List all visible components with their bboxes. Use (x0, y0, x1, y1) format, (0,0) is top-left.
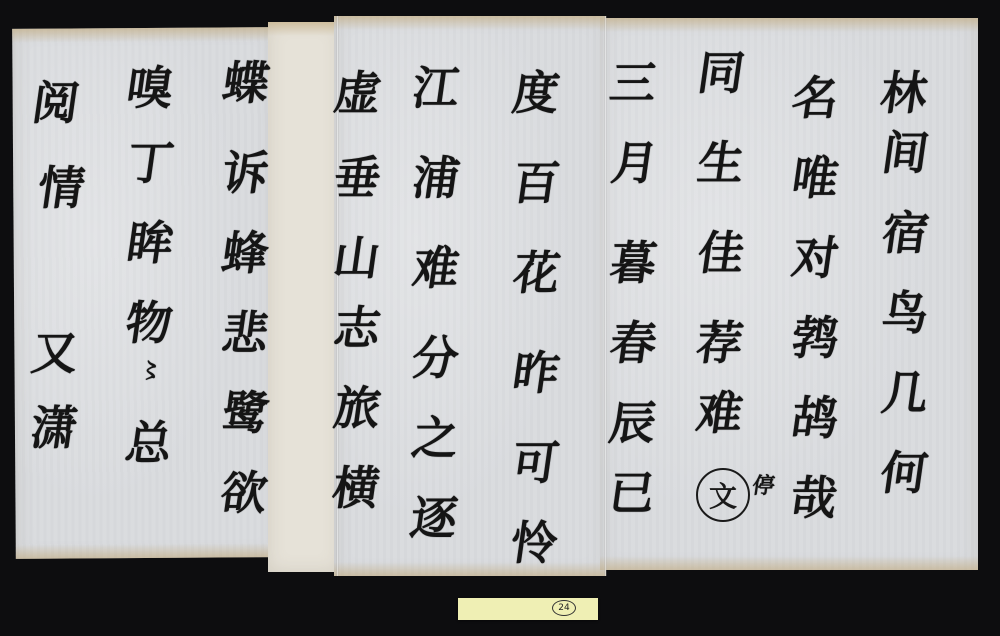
character: 横 (328, 465, 382, 525)
character: 对 (784, 235, 841, 315)
character: 鹭 (214, 390, 271, 470)
character: 难 (404, 245, 463, 335)
character: 辰 (603, 400, 659, 470)
character: 又 (25, 330, 82, 405)
character: 旅 (326, 385, 383, 465)
character: 总 (121, 420, 175, 480)
character: 间 (874, 130, 931, 210)
character: 生 (689, 140, 748, 230)
character: 度 (504, 70, 563, 160)
character: 名 (784, 75, 841, 155)
seal-stamp: 文 (696, 468, 750, 522)
character: 可 (504, 440, 561, 520)
character: 悲 (214, 310, 271, 390)
character: 百 (504, 160, 563, 250)
character: 已 (604, 470, 658, 530)
character: 阅 (24, 80, 82, 165)
character: 山 (327, 235, 383, 305)
character: 昨 (504, 350, 563, 440)
character: 难 (690, 390, 746, 460)
character: 几 (874, 370, 931, 450)
calligraphy-column-10: 阅 情 又 潇 (30, 80, 76, 465)
character: 哉 (786, 475, 840, 535)
character: 垂 (326, 155, 383, 235)
calligraphy-column-9: 嗅 丁 眸 物 〻 总 (125, 65, 171, 480)
character: 月 (601, 140, 661, 240)
character: 浦 (404, 155, 463, 245)
character: 志 (326, 305, 383, 385)
character: 嗅 (120, 65, 177, 140)
label-number: 24 (552, 600, 576, 616)
calligraphy-column-7: 虚 垂 山 志 旅 横 (332, 70, 378, 525)
character: 唯 (784, 155, 841, 235)
character: 荐 (690, 320, 746, 390)
catalogue-label: 24 (458, 598, 598, 620)
character: 丁 (119, 140, 176, 220)
calligraphy-column-6: 江 浦 难 分 之 逐 (410, 65, 456, 555)
calligraphy-column-8: 蝶 诉 蜂 悲 鹭 欲 (220, 60, 266, 530)
character: 分 (404, 335, 461, 415)
calligraphy-column-5: 度 百 花 昨 可 怜 (510, 70, 556, 580)
character: 江 (404, 65, 463, 155)
character: 怜 (506, 520, 560, 580)
character: 〻 (133, 360, 163, 420)
character: 之 (404, 415, 461, 495)
calligraphy-column-2: 名 唯 对 鹁 鸪 哉 (790, 75, 836, 535)
character: 逐 (406, 495, 460, 555)
calligraphy-column-4: 三 月 暮 春 辰 已 (608, 60, 654, 530)
character: 三 (602, 60, 659, 140)
character: 眸 (119, 220, 176, 300)
character: 同 (689, 50, 748, 140)
character: 暮 (602, 240, 659, 320)
character: 花 (503, 250, 563, 350)
character: 诉 (214, 150, 271, 230)
calligraphy-small-note: 停 (752, 475, 774, 503)
character: 鸟 (874, 290, 931, 370)
character: 物 (121, 300, 175, 360)
character: 欲 (216, 470, 270, 530)
character: 蜂 (214, 230, 271, 310)
character: 虚 (326, 70, 384, 155)
character: 何 (876, 450, 930, 510)
character: 鸪 (784, 395, 841, 475)
character: 潇 (26, 405, 80, 465)
calligraphy-column-1: 林 间 宿 鸟 几 何 (880, 70, 926, 510)
character: 蝶 (214, 60, 273, 150)
character: 鹁 (784, 315, 841, 395)
character: 停 (750, 475, 776, 503)
character: 宿 (874, 210, 931, 290)
character: 林 (876, 70, 930, 130)
character: 佳 (689, 230, 748, 320)
character: 春 (602, 320, 659, 400)
calligraphy-column-3: 同 生 佳 荐 难 (695, 50, 741, 460)
